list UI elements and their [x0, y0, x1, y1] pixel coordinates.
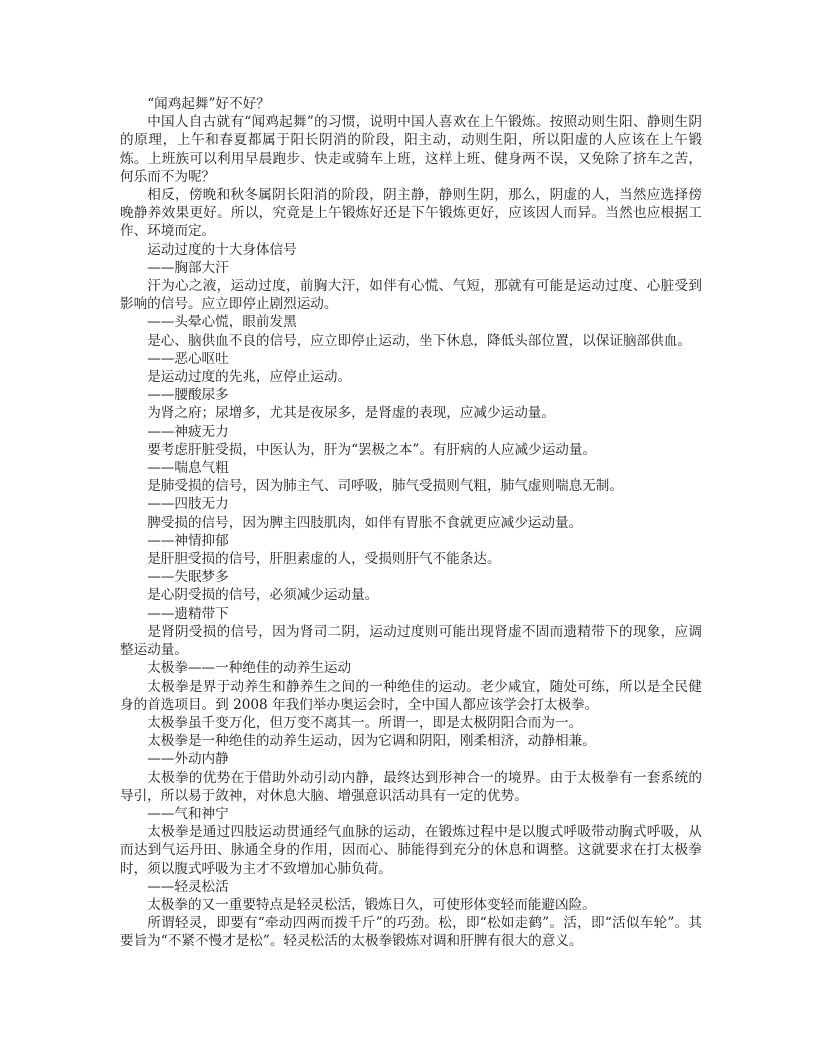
paragraph: 太极拳的优势在于借助外动引动内静，最终达到形神合一的境界。由于太极拳有一套系统的…: [120, 769, 702, 805]
section-heading-morning-exercise: “闻鸡起舞”好不好？: [120, 95, 702, 113]
paragraph: 太极拳虽千变万化，但万变不离其一。所谓一，即是太极阴阳合而为一。: [120, 714, 702, 732]
paragraph: 是心阴受损的信号，必须减少运动量。: [120, 586, 702, 604]
paragraph: 是运动过度的先兆，应停止运动。: [120, 368, 702, 386]
paragraph: 是心、脑供血不良的信号，应立即停止运动，坐下休息，降低头部位置，以保证脑部供血。: [120, 332, 702, 350]
subheading: ——气和神宁: [120, 805, 702, 823]
paragraph: 是肺受损的信号，因为肺主气、司呼吸，肺气受损则气粗，肺气虚则喘息无制。: [120, 477, 702, 495]
signal-heading: ——神情抑郁: [120, 532, 702, 550]
subheading: ——外动内静: [120, 750, 702, 768]
paragraph: 太极拳是通过四肢运动贯通经气血脉的运动，在锻炼过程中是以腹式呼吸带动胸式呼吸，从…: [120, 823, 702, 878]
section-heading-overexercise-signals: 运动过度的十大身体信号: [120, 241, 702, 259]
paragraph: 相反，傍晚和秋冬属阴长阳消的阶段，阴主静，静则生阴，那么，阴虚的人，当然应选择傍…: [120, 186, 702, 241]
paragraph: 所谓轻灵，即要有“牵动四两而拨千斤”的巧劲。松，即“松如走鹤”。活，即“活似车轮…: [120, 914, 702, 950]
paragraph: 太极拳是界于动养生和静养生之间的一种绝佳的运动。老少咸宜，随处可练，所以是全民健…: [120, 678, 702, 714]
paragraph: 脾受损的信号，因为脾主四肢肌肉，如伴有胃胀不食就更应减少运动量。: [120, 514, 702, 532]
paragraph: 是肝胆受损的信号，肝胆素虚的人，受损则肝气不能条达。: [120, 550, 702, 568]
section-heading-taichi: 太极拳——一种绝佳的动养生运动: [120, 659, 702, 677]
paragraph: 要考虑肝脏受损，中医认为，肝为“罢极之本”。有肝病的人应减少运动量。: [120, 441, 702, 459]
signal-heading: ——头晕心慌，眼前发黑: [120, 313, 702, 331]
signal-heading: ——恶心呕吐: [120, 350, 702, 368]
paragraph: 为肾之府；尿增多，尤其是夜尿多，是肾虚的表现，应减少运动量。: [120, 404, 702, 422]
signal-heading: ——四肢无力: [120, 495, 702, 513]
signal-heading: ——神疲无力: [120, 423, 702, 441]
signal-heading: ——失眠梦多: [120, 568, 702, 586]
signal-heading: ——喘息气粗: [120, 459, 702, 477]
paragraph: 中国人自古就有“闻鸡起舞”的习惯，说明中国人喜欢在上午锻炼。按照动则生阳、静则生…: [120, 113, 702, 186]
signal-heading: ——胸部大汗: [120, 259, 702, 277]
paragraph: 是肾阴受损的信号，因为肾司二阴，运动过度则可能出现肾虚不固而遗精带下的现象，应调…: [120, 623, 702, 659]
signal-heading: ——腰酸尿多: [120, 386, 702, 404]
subheading: ——轻灵松活: [120, 878, 702, 896]
document-page: “闻鸡起舞”好不好？ 中国人自古就有“闻鸡起舞”的习惯，说明中国人喜欢在上午锻炼…: [120, 95, 702, 951]
signal-heading: ——遗精带下: [120, 605, 702, 623]
paragraph: 太极拳是一种绝佳的动养生运动，因为它调和阴阳，刚柔相济，动静相兼。: [120, 732, 702, 750]
paragraph: 太极拳的又一重要特点是轻灵松活，锻炼日久，可使形体变轻而能避凶险。: [120, 896, 702, 914]
paragraph: 汗为心之液，运动过度，前胸大汗，如伴有心慌、气短，那就有可能是运动过度、心脏受到…: [120, 277, 702, 313]
